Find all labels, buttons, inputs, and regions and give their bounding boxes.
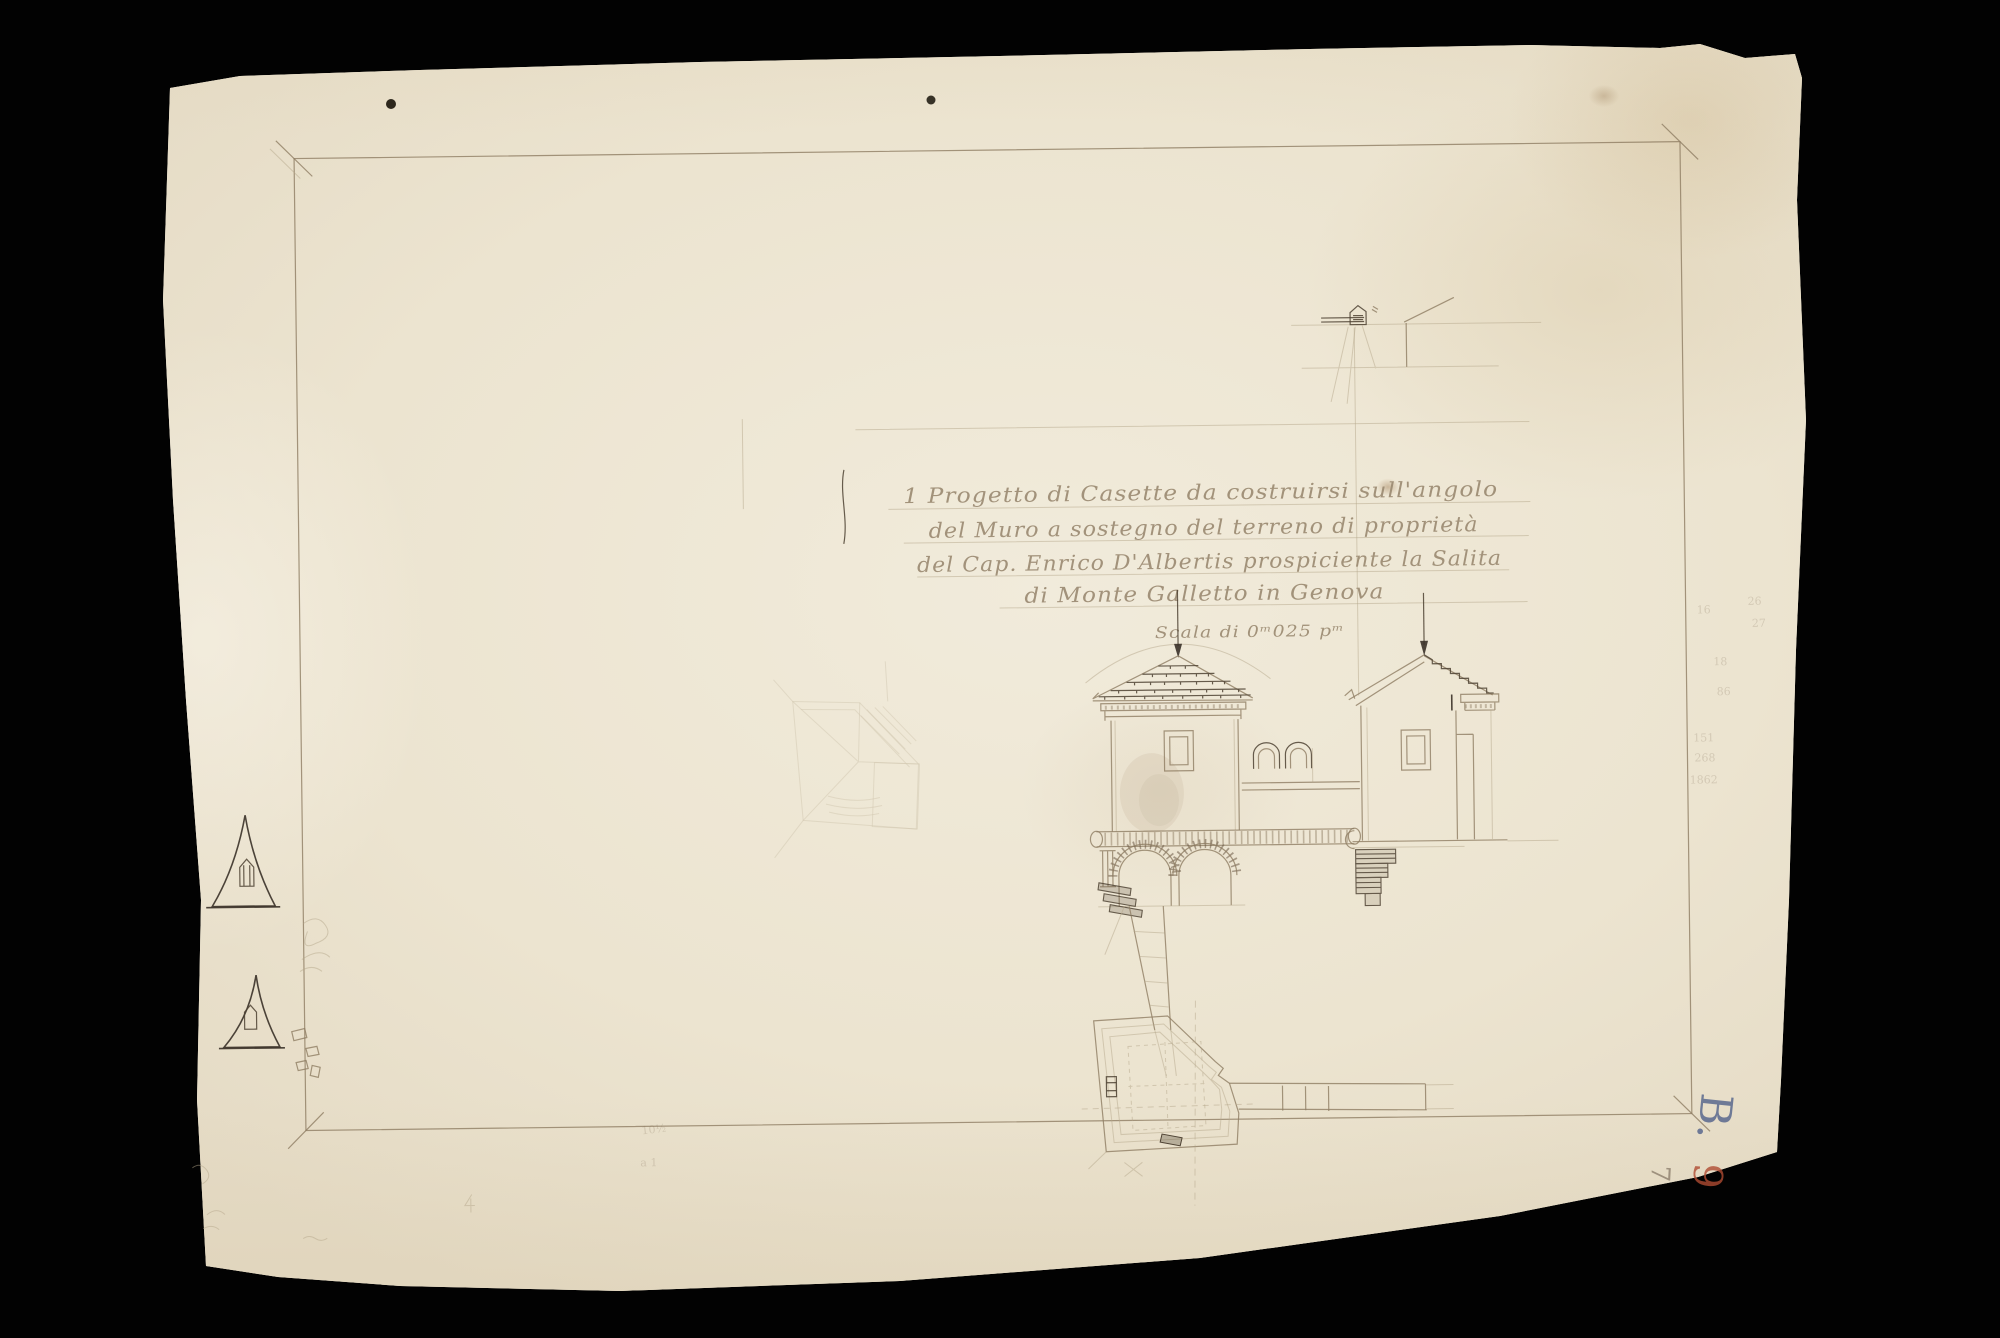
margin-spire-sketch-2: [218, 975, 285, 1049]
photograph-background: 1 Progetto di Casette da costruirsi sull…: [0, 0, 2000, 1338]
faint-number: 151: [1693, 731, 1714, 744]
faint-number: a 1: [640, 1156, 657, 1169]
centerline-vertical: [1192, 1001, 1198, 1206]
right-tower-section: [1342, 591, 1559, 906]
roof-plan-sketch: [772, 661, 920, 858]
roof-brick-hatching: [1098, 665, 1250, 700]
archive-blue-letter: B.: [1686, 1091, 1742, 1142]
pencil-drawing-layer: 1 Progetto di Casette da costruirsi sull…: [0, 0, 2000, 1338]
faint-number: 1862: [1690, 773, 1718, 786]
paper-holes: [386, 96, 936, 110]
title-line-2: del Muro a sostegno del terreno di propr…: [929, 512, 1479, 543]
cornice: [1101, 702, 1246, 721]
scale-note: Scala di 0ᵐ025 pᵐ: [1155, 621, 1345, 642]
faint-number: 10½: [641, 1122, 667, 1138]
faint-number: 27: [1752, 617, 1766, 630]
archive-pencil-number: 7: [1644, 1165, 1675, 1183]
tower-floor-plan: [1080, 1000, 1258, 1207]
faint-number: 26: [1748, 595, 1762, 608]
corbel-steps: [1098, 882, 1142, 918]
tile-steps: [1424, 654, 1493, 694]
roof-finial: [1420, 641, 1428, 656]
faint-number: 16: [1697, 603, 1711, 616]
margin-spire-sketch-1: [205, 815, 280, 908]
faint-number: 18: [1713, 655, 1727, 668]
faint-number: 268: [1694, 751, 1715, 764]
title-line-3: del Cap. Enrico D'Albertis prospiciente …: [917, 546, 1502, 577]
archive-marks: B. 9 7: [1644, 1091, 1742, 1191]
tilted-drawing: 1 Progetto di Casette da costruirsi sull…: [180, 123, 1773, 1242]
torus-band: [1090, 828, 1360, 847]
archive-red-number: 9: [1683, 1161, 1731, 1190]
site-section-sketch: [1291, 296, 1542, 404]
margin-scribbles: [189, 917, 475, 1242]
centerline-horizontal: [1082, 1104, 1258, 1109]
title-line-4: di Monte Galletto in Genova: [1024, 579, 1384, 607]
arcade: [1098, 843, 1246, 918]
parapet-arches: [1241, 742, 1360, 790]
retaining-wall-plan: [1229, 1080, 1453, 1112]
foundation-steps: [1356, 849, 1397, 905]
border-frame: [270, 123, 1710, 1148]
faint-number: 86: [1717, 685, 1731, 698]
title-block: 1 Progetto di Casette da costruirsi sull…: [741, 326, 1532, 704]
